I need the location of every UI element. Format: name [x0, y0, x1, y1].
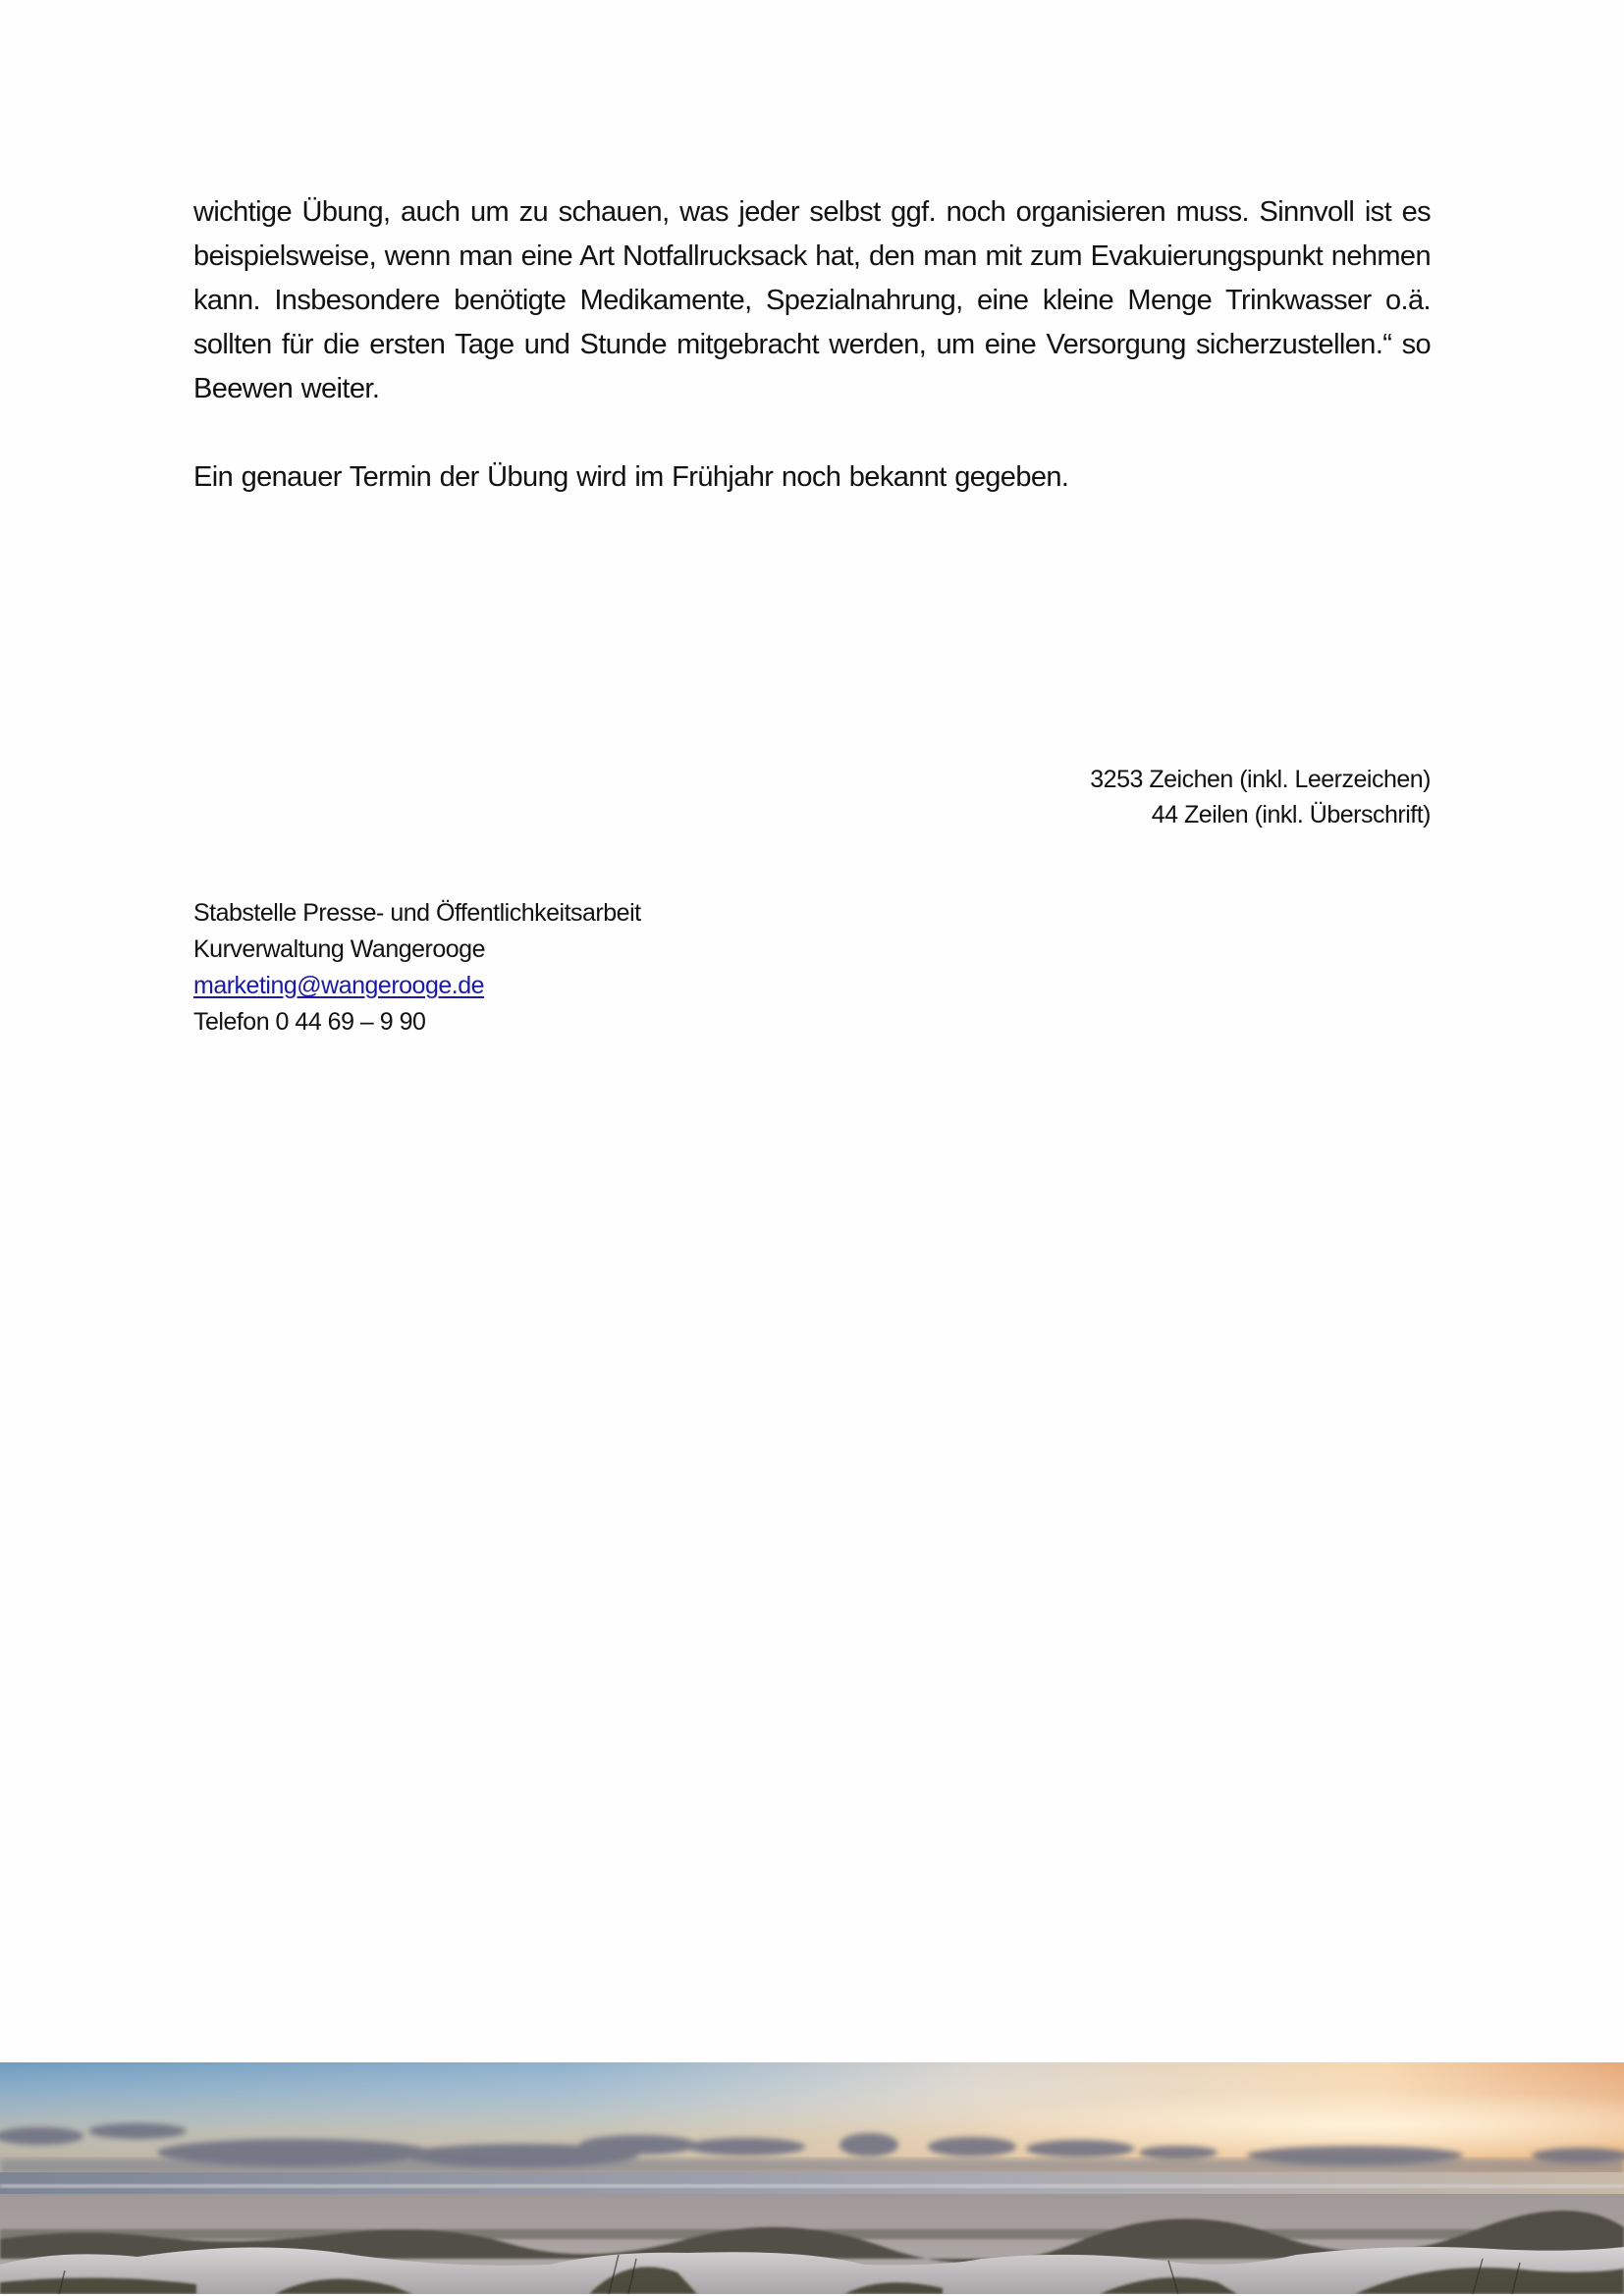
document-page: wichtige Übung, auch um zu schauen, was …: [0, 0, 1624, 2296]
beach-sunset-landscape: [0, 2062, 1624, 2294]
document-stats: 3253 Zeichen (inkl. Leerzeichen) 44 Zeil…: [1090, 762, 1431, 832]
footer-banner-image: [0, 2062, 1624, 2294]
contact-organization: Kurverwaltung Wangerooge: [193, 932, 641, 968]
character-count: 3253 Zeichen (inkl. Leerzeichen): [1090, 762, 1431, 797]
line-count: 44 Zeilen (inkl. Überschrift): [1090, 797, 1431, 832]
contact-phone: Telefon 0 44 69 – 9 90: [193, 1004, 641, 1041]
closing-paragraph: Ein genauer Termin der Übung wird im Frü…: [193, 455, 1431, 500]
contact-department: Stabstelle Presse- und Öffentlichkeitsar…: [193, 895, 641, 932]
contact-email-link[interactable]: marketing@wangerooge.de: [193, 972, 484, 999]
body-paragraph: wichtige Übung, auch um zu schauen, was …: [193, 190, 1431, 411]
contact-block: Stabstelle Presse- und Öffentlichkeitsar…: [193, 895, 641, 1041]
